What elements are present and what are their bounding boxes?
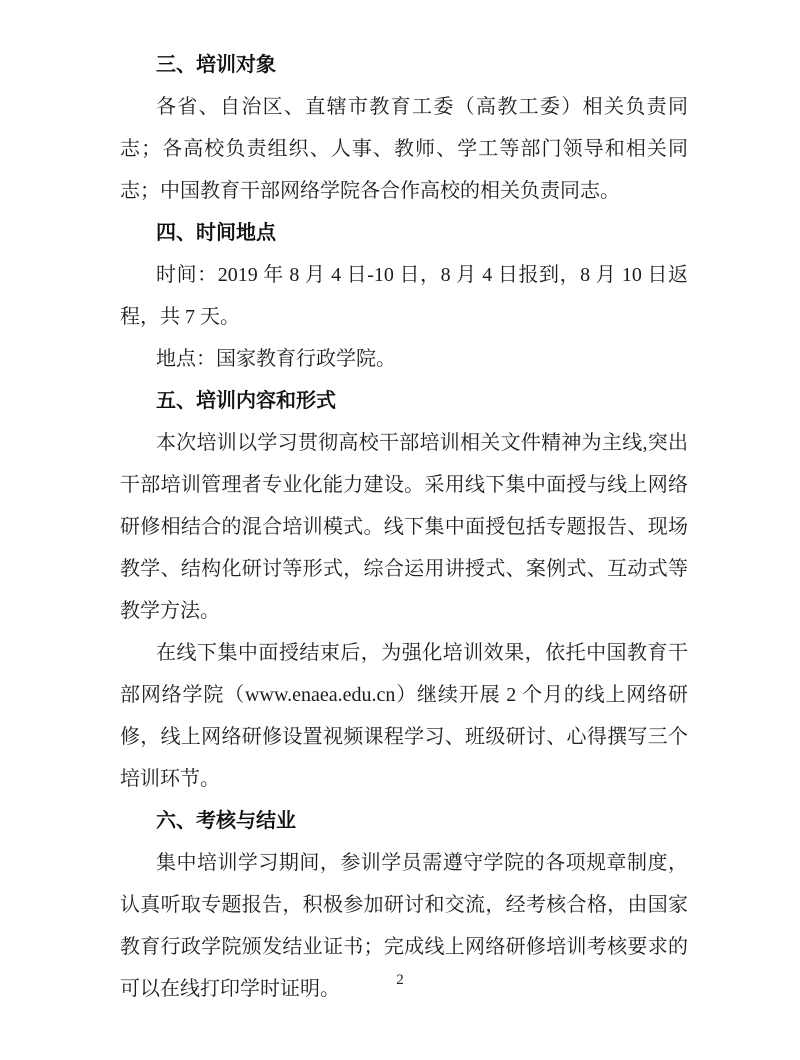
section-heading-training-targets: 三、培训对象 [120, 44, 688, 86]
section-heading-time-location: 四、时间地点 [120, 212, 688, 254]
paragraph-location: 地点：国家教育行政学院。 [120, 338, 688, 380]
paragraph-training-targets: 各省、自治区、直辖市教育工委（高教工委）相关负责同志；各高校负责组织、人事、教师… [120, 86, 688, 212]
paragraph-content-format-2: 在线下集中面授结束后，为强化培训效果，依托中国教育干部网络学院（www.enae… [120, 632, 688, 800]
document-body: 三、培训对象 各省、自治区、直辖市教育工委（高教工委）相关负责同志；各高校负责组… [120, 44, 688, 1010]
section-heading-content-format: 五、培训内容和形式 [120, 380, 688, 422]
paragraph-time: 时间：2019 年 8 月 4 日-10 日，8 月 4 日报到，8 月 10 … [120, 254, 688, 338]
section-heading-assessment-completion: 六、考核与结业 [120, 800, 688, 842]
paragraph-content-format-1: 本次培训以学习贯彻高校干部培训相关文件精神为主线,突出干部培训管理者专业化能力建… [120, 422, 688, 632]
page-number: 2 [0, 972, 800, 989]
document-page: 三、培训对象 各省、自治区、直辖市教育工委（高教工委）相关负责同志；各高校负责组… [0, 0, 800, 1060]
